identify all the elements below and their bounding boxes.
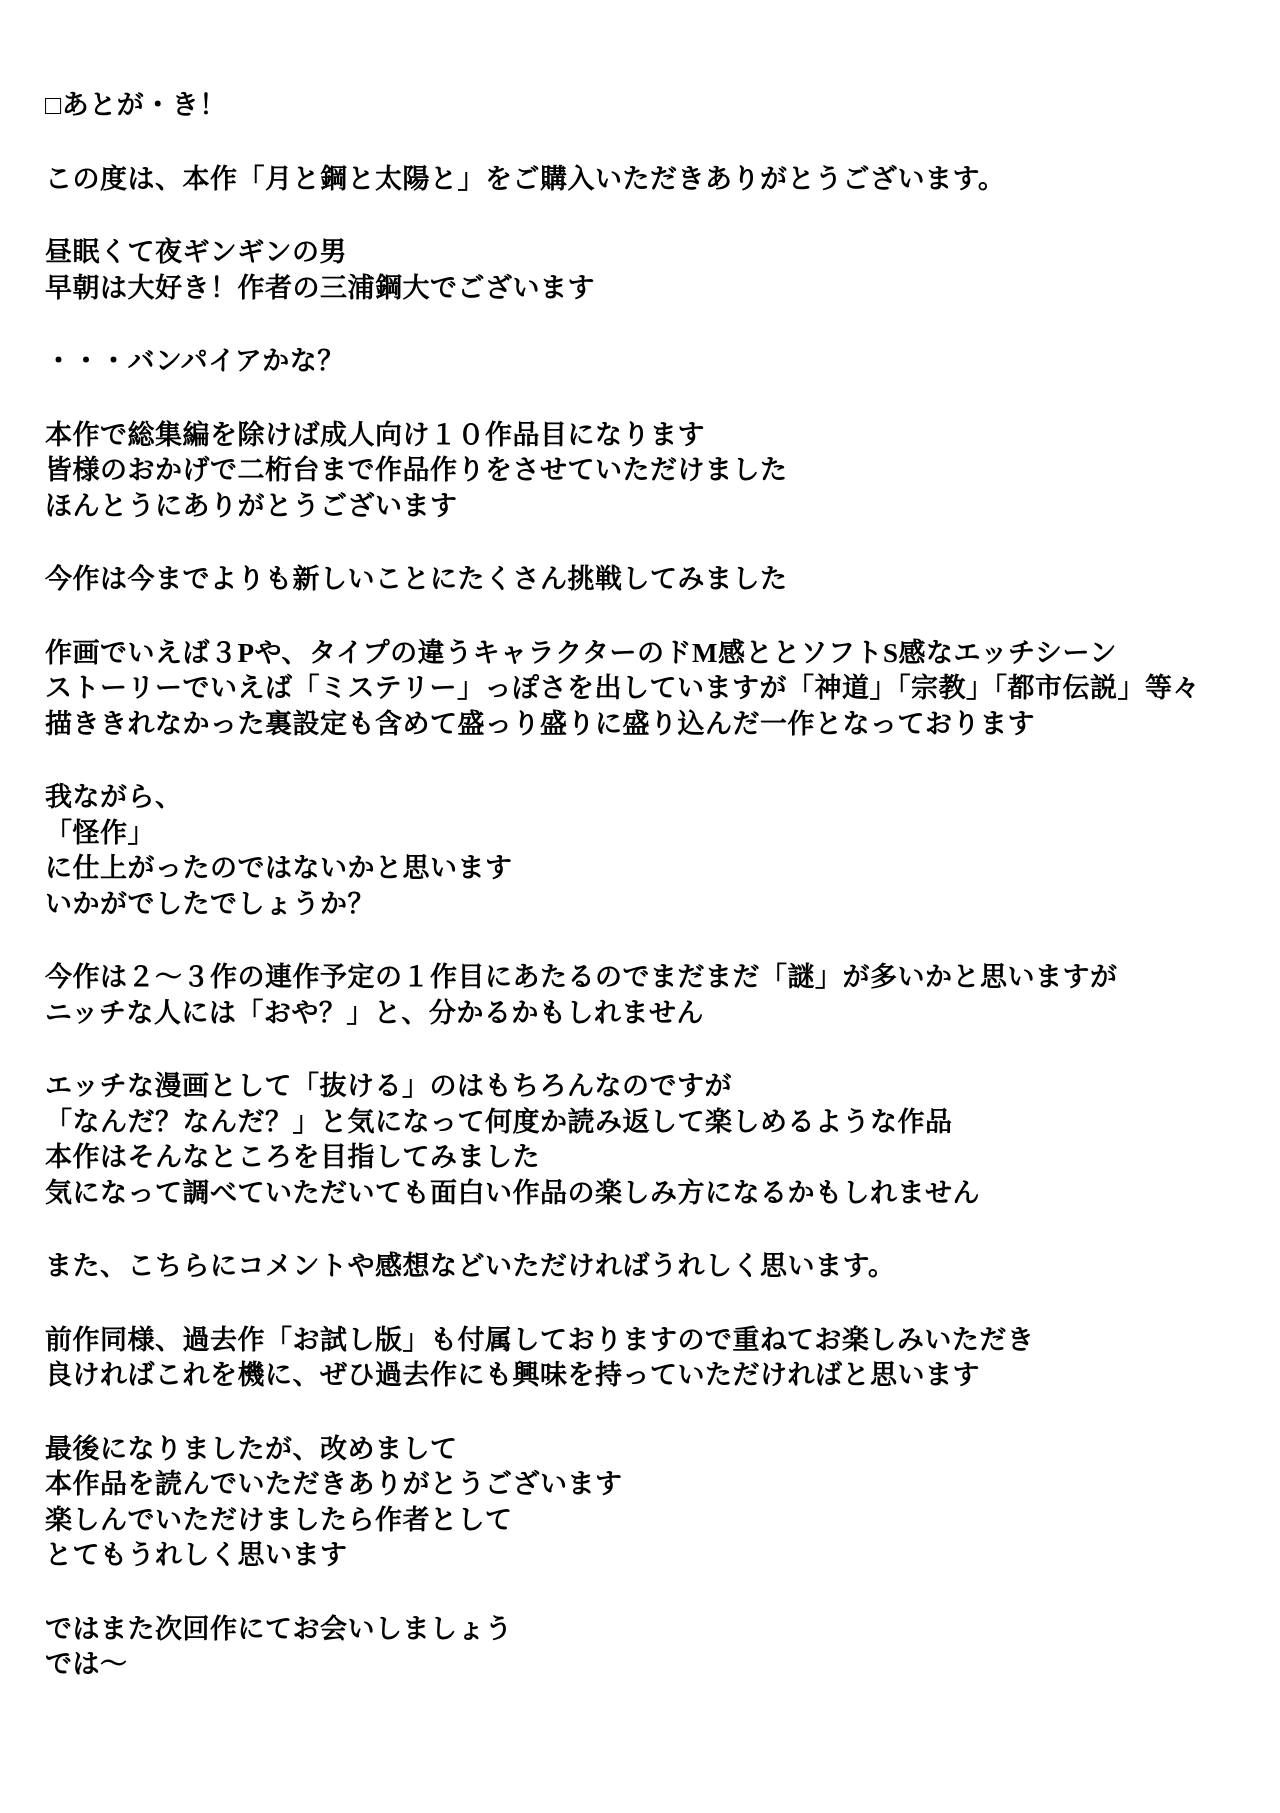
text-line: 前作同様、過去作「お試し版」も付属しておりますので重ねてお楽しみいただき xyxy=(45,1323,1240,1359)
paragraph-thanks-purchase: この度は、本作「月と鋼と太陽と」をご購入いただきありがとうございます。 xyxy=(45,162,1240,198)
text-line: 皆様のおかげで二桁台まで作品作りをさせていただけました xyxy=(45,453,1240,489)
text-line: 昼眠くて夜ギンギンの男 xyxy=(45,235,1240,271)
text-line: ではまた次回作にてお会いしましょう xyxy=(45,1612,1240,1648)
text-line: とてもうれしく思います xyxy=(45,1538,1240,1574)
text-line: ニッチな人には「おや？」と、分かるかもしれません xyxy=(45,996,1240,1032)
text-line: 我ながら、 xyxy=(45,780,1240,816)
paragraph-kaisaku: 我ながら、 「怪作」 に仕上がったのではないかと思います いかがでしたでしょうか… xyxy=(45,780,1240,922)
paragraph-final-thanks: 最後になりましたが、改めまして 本作品を読んでいただきありがとうございます 楽し… xyxy=(45,1432,1240,1574)
text-line: 「怪作」 xyxy=(45,816,1240,852)
text-line: また、こちらにコメントや感想などいただければうれしく思います。 xyxy=(45,1249,1240,1285)
paragraph-art-story-details: 作画でいえば３Pや、タイプの違うキャラクターのドM感ととソフトS感なエッチシーン… xyxy=(45,636,1240,743)
text-line: 本作はそんなところを目指してみました xyxy=(45,1140,1240,1176)
text-line: 楽しんでいただけましたら作者として xyxy=(45,1503,1240,1539)
text-line: 本作で総集編を除けば成人向け１０作品目になります xyxy=(45,418,1240,454)
paragraph-farewell: ではまた次回作にてお会いしましょう では～ xyxy=(45,1612,1240,1683)
paragraph-vampire-joke: ・・・バンパイアかな？ xyxy=(45,344,1240,380)
page-title: □あとが・き！ xyxy=(45,88,1240,124)
document-page: □あとが・き！ この度は、本作「月と鋼と太陽と」をご購入いただきありがとうござい… xyxy=(0,0,1280,1813)
paragraph-tenth-work: 本作で総集編を除けば成人向け１０作品目になります 皆様のおかげで二桁台まで作品作… xyxy=(45,418,1240,525)
text-line: 「なんだ？なんだ？」と気になって何度か読み返して楽しめるような作品 xyxy=(45,1105,1240,1141)
text-line: 最後になりましたが、改めまして xyxy=(45,1432,1240,1468)
text-line: 良ければこれを機に、ぜひ過去作にも興味を持っていただければと思います xyxy=(45,1358,1240,1394)
text-line: 作画でいえば３Pや、タイプの違うキャラクターのドM感ととソフトS感なエッチシーン xyxy=(45,636,1240,672)
paragraph-author-intro: 昼眠くて夜ギンギンの男 早朝は大好き！作者の三浦鋼大でございます xyxy=(45,235,1240,306)
paragraph-trial-version: 前作同様、過去作「お試し版」も付属しておりますので重ねてお楽しみいただき 良けれ… xyxy=(45,1323,1240,1394)
text-line: 早朝は大好き！作者の三浦鋼大でございます xyxy=(45,271,1240,307)
text-line: に仕上がったのではないかと思います xyxy=(45,851,1240,887)
text-line: 気になって調べていただいても面白い作品の楽しみ方になるかもしれません xyxy=(45,1176,1240,1212)
paragraph-reread-enjoyment: エッチな漫画として「抜ける」のはもちろんなのですが 「なんだ？なんだ？」と気にな… xyxy=(45,1069,1240,1211)
paragraph-comments-request: また、こちらにコメントや感想などいただければうれしく思います。 xyxy=(45,1249,1240,1285)
paragraph-new-challenges: 今作は今までよりも新しいことにたくさん挑戦してみました xyxy=(45,562,1240,598)
text-line: 今作は今までよりも新しいことにたくさん挑戦してみました xyxy=(45,562,1240,598)
text-line: ストーリーでいえば「ミステリー」っぽさを出していますが「神道」「宗教」「都市伝説… xyxy=(45,671,1240,707)
text-line: ・・・バンパイアかな？ xyxy=(45,344,1240,380)
text-line: 今作は２～３作の連作予定の１作目にあたるのでまだまだ「謎」が多いかと思いますが xyxy=(45,960,1240,996)
title-line: □あとが・き！ xyxy=(45,88,1240,124)
text-line: ほんとうにありがとうございます xyxy=(45,489,1240,525)
text-line: この度は、本作「月と鋼と太陽と」をご購入いただきありがとうございます。 xyxy=(45,162,1240,198)
text-line: エッチな漫画として「抜ける」のはもちろんなのですが xyxy=(45,1069,1240,1105)
text-line: 本作品を読んでいただきありがとうございます xyxy=(45,1467,1240,1503)
text-line: いかがでしたでしょうか？ xyxy=(45,887,1240,923)
text-line: 描ききれなかった裏設定も含めて盛っり盛りに盛り込んだ一作となっております xyxy=(45,707,1240,743)
text-line: では～ xyxy=(45,1647,1240,1683)
paragraph-series-plan: 今作は２～３作の連作予定の１作目にあたるのでまだまだ「謎」が多いかと思いますが … xyxy=(45,960,1240,1031)
